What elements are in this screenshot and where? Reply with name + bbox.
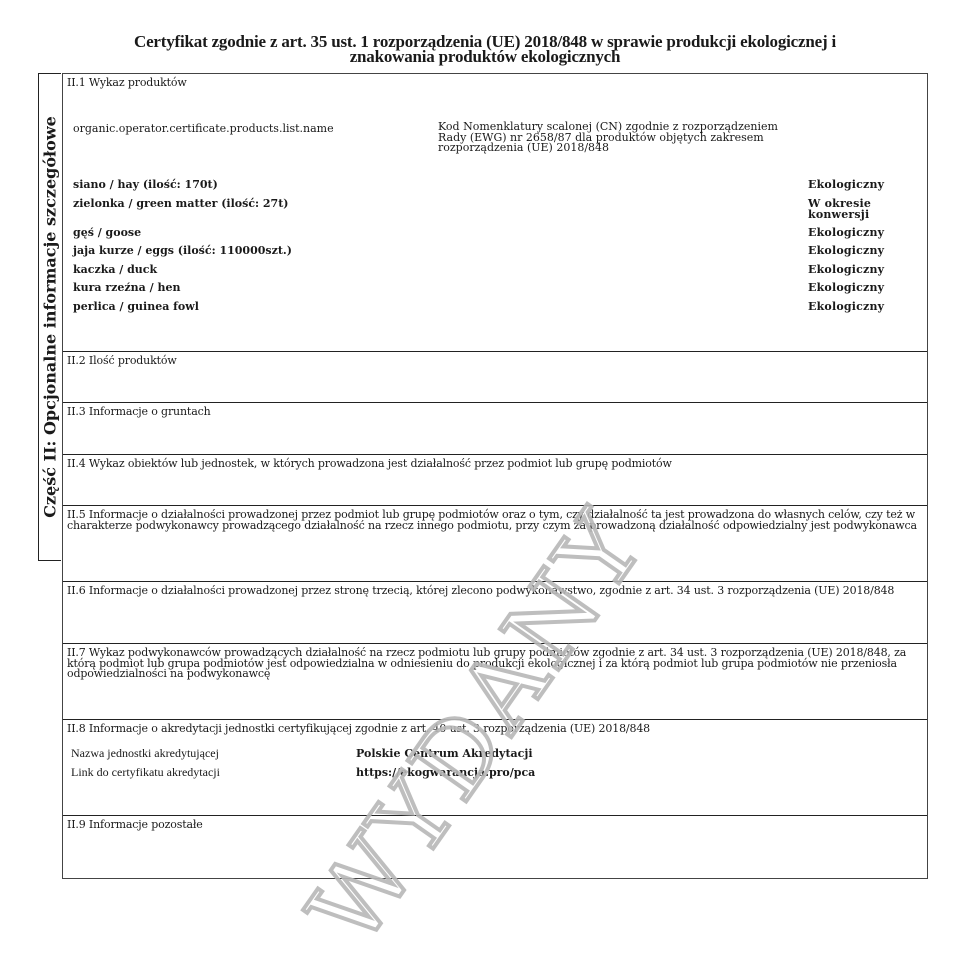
section-title: II.2 Ilość produktów [67, 356, 917, 367]
product-row: perlica / guinea fowl Ekologiczny [73, 301, 917, 312]
side-label: Część II: Opcjonalne informacje szczegół… [41, 116, 60, 518]
accreditation-body-value: Polskie Centrum Akredytacji [356, 747, 533, 760]
product-row: zielonka / green matter (ilość: 27t) W o… [73, 198, 917, 220]
product-status: Ekologiczny [808, 301, 898, 312]
section-third-party-activity: II.6 Informacje o działalności prowadzon… [63, 581, 927, 643]
product-status: Ekologiczny [808, 179, 898, 190]
document-title: Certyfikat zgodnie z art. 35 ust. 1 rozp… [40, 34, 930, 64]
section-facilities-list: II.4 Wykaz obiektów lub jednostek, w któ… [63, 454, 927, 505]
accreditation-link-value[interactable]: https://ekogwarancja.pro/pca [356, 766, 535, 779]
section-title: II.8 Informacje o akredytacji jednostki … [67, 724, 917, 735]
section-title: II.9 Informacje pozostałe [67, 820, 917, 831]
product-row: gęś / goose Ekologiczny [73, 227, 917, 238]
section-title: II.1 Wykaz produktów [67, 78, 917, 89]
product-name: kaczka / duck [73, 263, 157, 276]
product-name: jaja kurze / eggs (ilość: 110000szt.) [73, 244, 292, 257]
accreditation-body-label: Nazwa jednostki akredytującej [71, 746, 219, 761]
product-name: gęś / goose [73, 226, 141, 239]
product-status: W okresie konwersji [808, 198, 898, 220]
column-header-cn-code: Kod Nomenklatury scalonej (CN) zgodnie z… [438, 122, 798, 154]
section-other-info: II.9 Informacje pozostałe [63, 815, 927, 878]
product-name: perlica / guinea fowl [73, 300, 199, 313]
section-title: II.7 Wykaz podwykonawców prowadzących dz… [67, 648, 917, 680]
product-row: kura rzeźna / hen Ekologiczny [73, 282, 917, 293]
product-status: Ekologiczny [808, 245, 898, 256]
column-header-name: organic.operator.certificate.products.li… [73, 122, 334, 135]
section-title: II.3 Informacje o gruntach [67, 407, 917, 418]
product-row: siano / hay (ilość: 170t) Ekologiczny [73, 179, 917, 190]
product-status: Ekologiczny [808, 282, 898, 293]
section-accreditation-info: II.8 Informacje o akredytacji jednostki … [63, 719, 927, 815]
product-row: jaja kurze / eggs (ilość: 110000szt.) Ek… [73, 245, 917, 256]
section-product-quantity: II.2 Ilość produktów [63, 351, 927, 402]
section-title: II.4 Wykaz obiektów lub jednostek, w któ… [67, 459, 917, 470]
product-name: siano / hay (ilość: 170t) [73, 178, 218, 191]
product-row: kaczka / duck Ekologiczny [73, 264, 917, 275]
section-subcontractors-list: II.7 Wykaz podwykonawców prowadzących dz… [63, 643, 927, 719]
section-title: II.5 Informacje o działalności prowadzon… [67, 510, 917, 531]
details-table: II.1 Wykaz produktów organic.operator.ce… [62, 73, 928, 879]
section-land-info: II.3 Informacje o gruntach [63, 402, 927, 454]
product-status: Ekologiczny [808, 227, 898, 238]
product-list: siano / hay (ilość: 170t) Ekologiczny zi… [73, 179, 917, 319]
section-activity-info: II.5 Informacje o działalności prowadzon… [63, 505, 927, 581]
product-name: zielonka / green matter (ilość: 27t) [73, 197, 289, 210]
product-name: kura rzeźna / hen [73, 281, 180, 294]
product-status: Ekologiczny [808, 264, 898, 275]
section-products-list: II.1 Wykaz produktów organic.operator.ce… [63, 74, 927, 351]
section-title: II.6 Informacje o działalności prowadzon… [67, 586, 917, 597]
document-title-line-2: znakowania produktów ekologicznych [40, 49, 930, 64]
accreditation-link-label: Link do certyfikatu akredytacji [71, 765, 220, 780]
